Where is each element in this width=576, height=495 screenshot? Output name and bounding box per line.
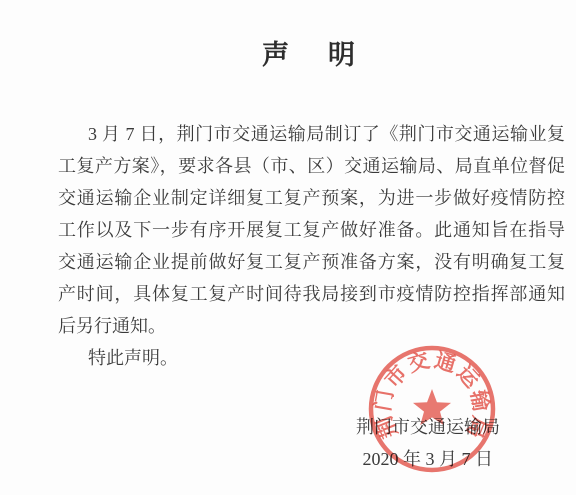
body-line: 工作以及下一步有序开展复工复产做好准备。此通知旨在指导 [58, 214, 565, 246]
seal-char: 运 [452, 361, 484, 393]
red-star-icon [413, 389, 451, 425]
official-seal: 荆 门 市 交 通 运 输 局 [352, 329, 512, 489]
statement-document: 声 明 3 月 7 日，荆门市交通运输局制订了《荆门市交通运输业复 工复产方案》… [0, 0, 576, 495]
seal-char: 市 [380, 361, 412, 393]
body-line: 交通运输企业提前做好复工复产预准备方案，没有明确复工复 [58, 246, 565, 278]
body-line: 3 月 7 日，荆门市交通运输局制订了《荆门市交通运输业复 [58, 118, 565, 150]
seal-char: 输 [466, 387, 493, 413]
document-title: 声 明 [58, 33, 565, 72]
body-line: 交通运输企业制定详细复工复产预案，为进一步做好疫情防控 [58, 182, 565, 214]
seal-char: 通 [432, 349, 459, 377]
seal-char: 门 [371, 388, 398, 413]
body-line: 产时间，具体复工复产时间待我局接到市疫情防控指挥部通知 [58, 278, 565, 310]
body-line: 工复产方案》，要求各县（市、区）交通运输局、局直单位督促 [58, 150, 565, 182]
